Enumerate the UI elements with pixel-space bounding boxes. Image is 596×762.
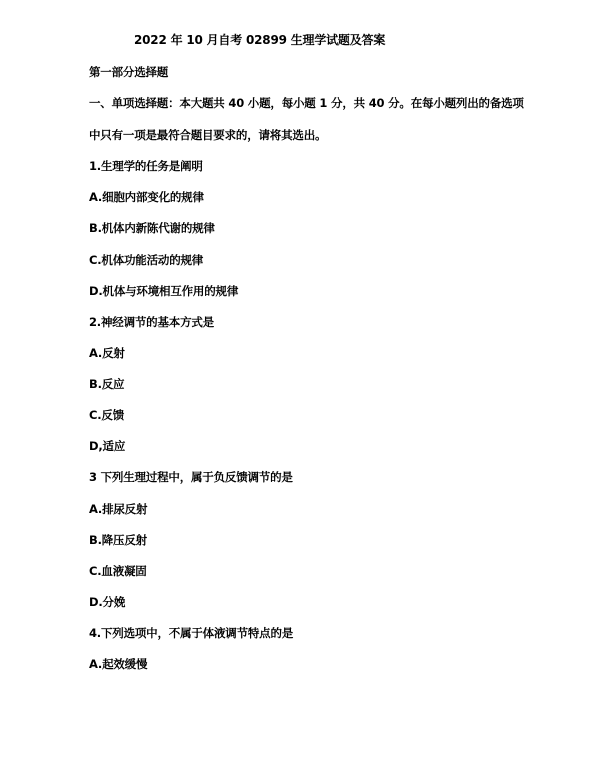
question-1-stem: 1.生理学的任务是阐明 [89,159,203,173]
question-1-option-a: A.细胞内部变化的规律 [89,190,204,204]
instructions-line-1: 一、单项选择题：本大题共 40 小题，每小题 1 分，共 40 分。在每小题列出… [89,96,524,110]
question-1-option-b: B.机体内新陈代谢的规律 [89,221,215,235]
question-3-stem: 3 下列生理过程中，属于负反馈调节的是 [89,470,293,484]
document-title: 2022 年 10 月自考 02899 生理学试题及答案 [134,33,385,47]
question-2-option-a: A.反射 [89,346,125,360]
question-3-option-d: D.分娩 [89,595,125,609]
document-page: 2022 年 10 月自考 02899 生理学试题及答案 第一部分选择题 一、单… [0,0,596,762]
section-heading: 第一部分选择题 [89,65,168,79]
question-2-option-c: C.反馈 [89,408,124,422]
question-3-option-c: C.血液凝固 [89,564,147,578]
question-1-option-d: D.机体与环境相互作用的规律 [89,284,238,298]
question-2-stem: 2.神经调节的基本方式是 [89,315,214,329]
question-4-option-a: A.起效缓慢 [89,657,147,671]
instructions-line-2: 中只有一项是最符合题目要求的，请将其选出。 [89,128,326,142]
question-4-stem: 4.下列选项中，不属于体液调节特点的是 [89,626,293,640]
question-2-option-b: B.反应 [89,377,124,391]
question-3-option-a: A.排尿反射 [89,502,147,516]
question-2-option-d: D,适应 [89,439,125,453]
question-1-option-c: C.机体功能活动的规律 [89,253,203,267]
question-3-option-b: B.降压反射 [89,533,147,547]
